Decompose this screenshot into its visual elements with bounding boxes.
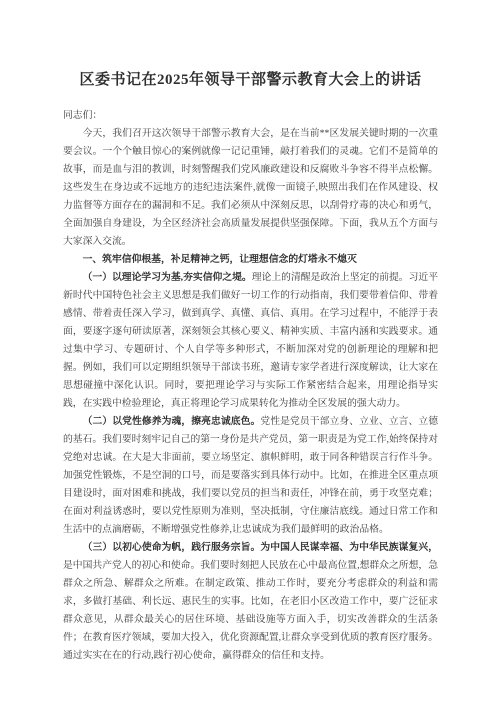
text-run: 今天，我们召开这次领导干部警示教育大会，是在当前**区发展关键时期的一次重要会议…: [63, 128, 438, 247]
salutation: 同志们：: [63, 107, 438, 125]
text-run: 是中国共产党人的初心和使命。我们要时刻把人民放在心中最高位置,想群众之所想，急群…: [63, 560, 438, 661]
body-paragraph: 今天，我们召开这次领导干部警示教育大会，是在当前**区发展关键时期的一次重要会议…: [63, 125, 438, 251]
bold-text-run: （一）以理论学习为基,夯实信仰之堤。: [83, 272, 252, 283]
bold-text-run: （三）以初心使命为帆，践行服务宗旨。为中国人民谋幸福、为中华民族谋复兴，: [83, 542, 438, 553]
document-body: 今天，我们召开这次领导干部警示教育大会，是在当前**区发展关键时期的一次重要会议…: [63, 125, 438, 665]
document-title: 区委书记在2025年领导干部警示教育大会上的讲话: [63, 70, 438, 91]
body-paragraph: （一）以理论学习为基,夯实信仰之堤。理论上的清醒是政治上坚定的前提。习近平新时代…: [63, 269, 438, 413]
section-heading: 一、筑牢信仰根基，补足精神之钙，让理想信念的灯塔永不熄灭: [63, 251, 438, 269]
text-run: 理论上的清醒是政治上坚定的前提。习近平新时代中国特色社会主义思想是我们做好一切工…: [63, 272, 438, 409]
bold-text-run: （二）以党性修养为魂，擦亮忠诚底色。: [83, 416, 261, 427]
document-page: 区委书记在2025年领导干部警示教育大会上的讲话 同志们： 今天，我们召开这次领…: [0, 0, 500, 707]
body-paragraph: （三）以初心使命为帆，践行服务宗旨。为中国人民谋幸福、为中华民族谋复兴，是中国共…: [63, 539, 438, 665]
text-run: 党性是党员干部立身、立业、立言、立德的基石。我们要时刻牢记自己的第一身份是共产党…: [63, 416, 438, 535]
bold-text-run: 一、筑牢信仰根基，补足精神之钙，让理想信念的灯塔永不熄灭: [83, 254, 357, 265]
body-paragraph: （二）以党性修养为魂，擦亮忠诚底色。党性是党员干部立身、立业、立言、立德的基石。…: [63, 413, 438, 539]
